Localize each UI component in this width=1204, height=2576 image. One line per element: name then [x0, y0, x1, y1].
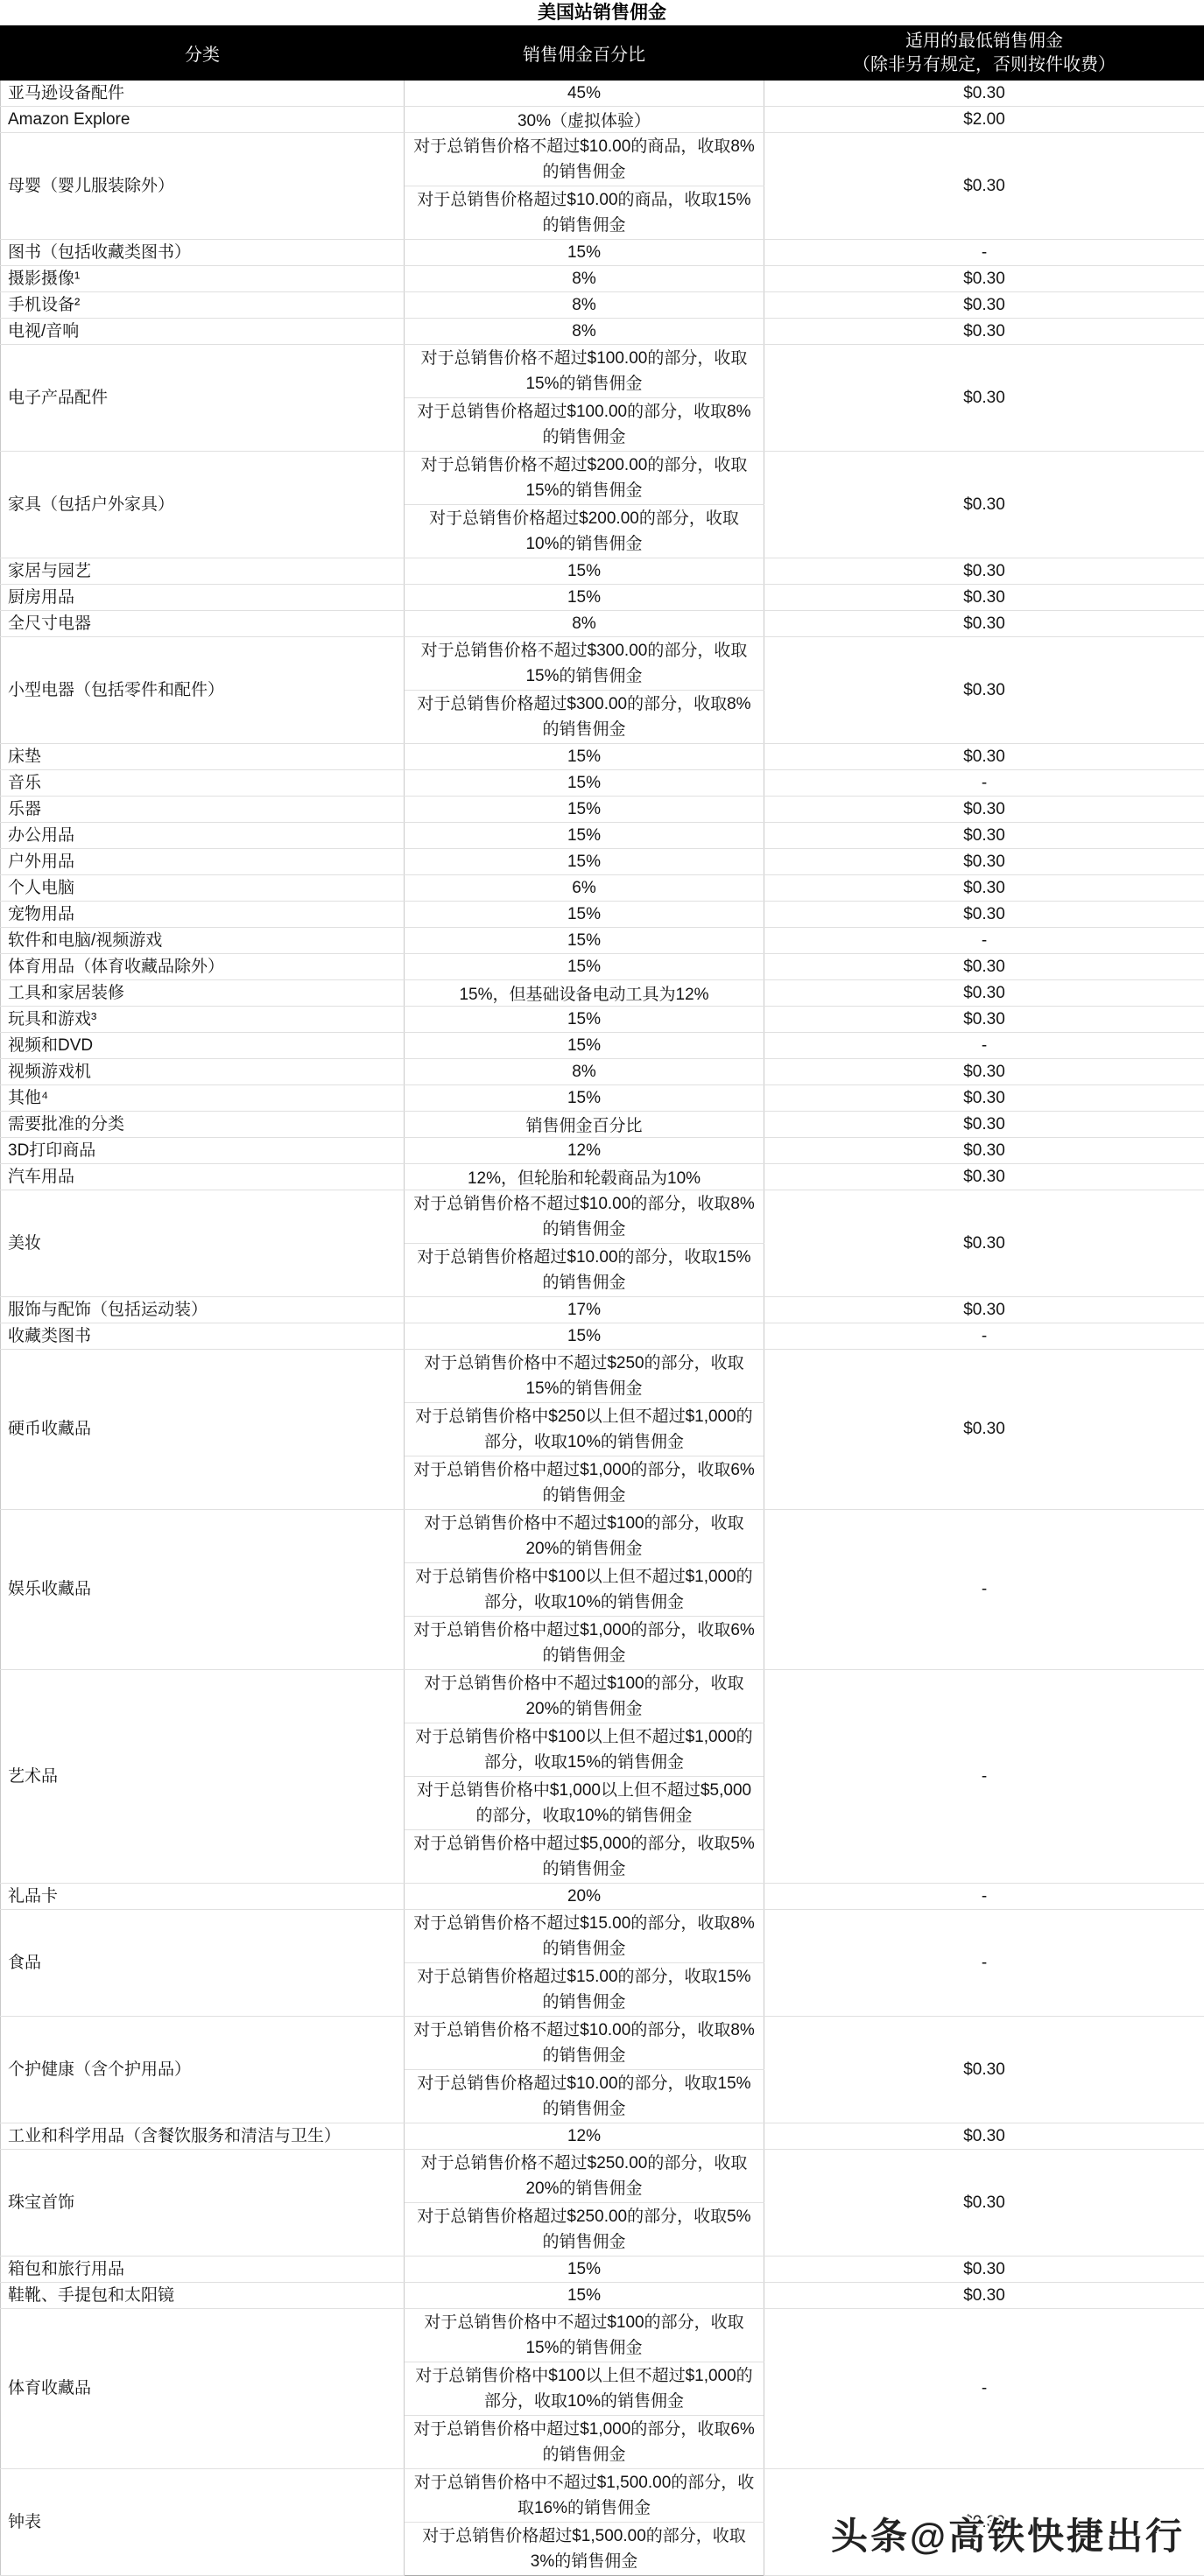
- table-row: 视频游戏机8%$0.30: [1, 1059, 1204, 1085]
- header-min-fee: 适用的最低销售佣金 （除非另有规定，否则按件收费）: [764, 26, 1204, 81]
- table-row: 摄影摄像¹8%$0.30: [1, 266, 1204, 292]
- min-fee-cell: $0.30: [764, 2257, 1204, 2283]
- table-row: 软件和电脑/视频游戏15%-: [1, 928, 1204, 954]
- table-row: 体育收藏品对于总销售价格中不超过$100的部分，收取15%的销售佣金-: [1, 2309, 1204, 2362]
- min-fee-cell: $0.30: [764, 902, 1204, 928]
- rate-tier-cell: 对于总销售价格超过$1,500.00的部分，收取3%的销售佣金: [405, 2523, 764, 2576]
- table-row: 亚马逊设备配件45%$0.30: [1, 81, 1204, 107]
- table-row: 其他⁴15%$0.30: [1, 1085, 1204, 1112]
- min-fee-cell: -: [764, 240, 1204, 266]
- min-fee-cell: $0.30: [764, 1164, 1204, 1190]
- rate-cell: 15%: [405, 744, 764, 770]
- min-fee-cell: $0.30: [764, 81, 1204, 107]
- min-fee-cell: $0.30: [764, 2150, 1204, 2257]
- min-fee-cell: $0.30: [764, 1085, 1204, 1112]
- rate-cell: 15%: [405, 2257, 764, 2283]
- category-cell: 视频游戏机: [1, 1059, 405, 1085]
- rate-cell: 12%: [405, 2123, 764, 2150]
- rate-tier-cell: 对于总销售价格不超过$100.00的部分，收取15%的销售佣金: [405, 345, 764, 398]
- rate-tier-cell: 对于总销售价格不超过$10.00的部分，收取8%的销售佣金: [405, 1190, 764, 1244]
- category-cell: 硬币收藏品: [1, 1350, 405, 1510]
- rate-tier-cell: 对于总销售价格不超过$250.00的部分，收取20%的销售佣金: [405, 2150, 764, 2203]
- min-fee-cell: $0.30: [764, 1112, 1204, 1138]
- rate-tier-cell: 对于总销售价格中$100以上但不超过$1,000的部分，收取10%的销售佣金: [405, 1563, 764, 1617]
- category-cell: 收藏类图书: [1, 1323, 405, 1350]
- rate-cell: 15%，但基础设备电动工具为12%: [405, 980, 764, 1007]
- table-row: 电子产品配件对于总销售价格不超过$100.00的部分，收取15%的销售佣金$0.…: [1, 345, 1204, 398]
- min-fee-cell: $0.30: [764, 875, 1204, 902]
- category-cell: 体育用品（体育收藏品除外）: [1, 954, 405, 980]
- min-fee-cell: $0.30: [764, 744, 1204, 770]
- table-row: 宠物用品15%$0.30: [1, 902, 1204, 928]
- rate-cell: 8%: [405, 319, 764, 345]
- category-cell: 体育收藏品: [1, 2309, 405, 2469]
- min-fee-cell: $0.30: [764, 637, 1204, 744]
- category-cell: 食品: [1, 1910, 405, 2017]
- table-header: 分类 销售佣金百分比 适用的最低销售佣金 （除非另有规定，否则按件收费）: [1, 26, 1204, 81]
- min-fee-cell: $0.30: [764, 585, 1204, 611]
- category-cell: 工具和家居装修: [1, 980, 405, 1007]
- table-row: 乐器15%$0.30: [1, 797, 1204, 823]
- table-row: 视频和DVD15%-: [1, 1033, 1204, 1059]
- rate-cell: 17%: [405, 1297, 764, 1323]
- rate-cell: 8%: [405, 1059, 764, 1085]
- rate-cell: 15%: [405, 1007, 764, 1033]
- min-fee-cell: $0.30: [764, 452, 1204, 558]
- rate-cell: 45%: [405, 81, 764, 107]
- rate-tier-cell: 对于总销售价格超过$10.00的商品，收取15%的销售佣金: [405, 186, 764, 240]
- table-row: 娱乐收藏品对于总销售价格中不超过$100的部分，收取20%的销售佣金-: [1, 1510, 1204, 1563]
- min-fee-cell: $0.30: [764, 2017, 1204, 2123]
- rate-cell: 15%: [405, 823, 764, 849]
- rate-cell: 销售佣金百分比: [405, 1112, 764, 1138]
- category-cell: 个人电脑: [1, 875, 405, 902]
- rate-tier-cell: 对于总销售价格不超过$10.00的商品，收取8%的销售佣金: [405, 133, 764, 186]
- table-row: 工业和科学用品（含餐饮服务和清洁与卫生）12%$0.30: [1, 2123, 1204, 2150]
- category-cell: 亚马逊设备配件: [1, 81, 405, 107]
- rate-tier-cell: 对于总销售价格中超过$5,000的部分，收取5%的销售佣金: [405, 1830, 764, 1884]
- table-body: 亚马逊设备配件45%$0.30Amazon Explore30%（虚拟体验）$2…: [1, 81, 1204, 2576]
- rate-cell: 8%: [405, 292, 764, 319]
- category-cell: 钟表: [1, 2469, 405, 2576]
- table-row: 家居与园艺15%$0.30: [1, 558, 1204, 585]
- rate-tier-cell: 对于总销售价格中$250以上但不超过$1,000的部分，收取10%的销售佣金: [405, 1403, 764, 1456]
- table-row: 鞋靴、手提包和太阳镜15%$0.30: [1, 2283, 1204, 2309]
- category-cell: 鞋靴、手提包和太阳镜: [1, 2283, 405, 2309]
- table-row: 床垫15%$0.30: [1, 744, 1204, 770]
- category-cell: 床垫: [1, 744, 405, 770]
- category-cell: 软件和电脑/视频游戏: [1, 928, 405, 954]
- category-cell: Amazon Explore: [1, 107, 405, 133]
- rate-cell: 6%: [405, 875, 764, 902]
- rate-tier-cell: 对于总销售价格中$100以上但不超过$1,000的部分，收取10%的销售佣金: [405, 2362, 764, 2416]
- category-cell: 箱包和旅行用品: [1, 2257, 405, 2283]
- category-cell: 小型电器（包括零件和配件）: [1, 637, 405, 744]
- category-cell: 宠物用品: [1, 902, 405, 928]
- category-cell: 户外用品: [1, 849, 405, 875]
- min-fee-cell: -: [764, 1510, 1204, 1670]
- rate-tier-cell: 对于总销售价格超过$200.00的部分，收取10%的销售佣金: [405, 505, 764, 558]
- table-row: 硬币收藏品对于总销售价格中不超过$250的部分，收取15%的销售佣金$0.30: [1, 1350, 1204, 1403]
- table-row: 玩具和游戏³15%$0.30: [1, 1007, 1204, 1033]
- min-fee-cell: $0.30: [764, 1059, 1204, 1085]
- commission-table: 分类 销售佣金百分比 适用的最低销售佣金 （除非另有规定，否则按件收费） 亚马逊…: [0, 25, 1204, 2576]
- header-min-fee-line1: 适用的最低销售佣金: [764, 30, 1204, 53]
- category-cell: 玩具和游戏³: [1, 1007, 405, 1033]
- commission-table-page: 美国站销售佣金 分类 销售佣金百分比 适用的最低销售佣金 （除非另有规定，否则按…: [0, 0, 1204, 2576]
- table-row: 需要批准的分类销售佣金百分比$0.30: [1, 1112, 1204, 1138]
- header-rate: 销售佣金百分比: [405, 26, 764, 81]
- category-cell: 视频和DVD: [1, 1033, 405, 1059]
- table-row: Amazon Explore30%（虚拟体验）$2.00: [1, 107, 1204, 133]
- rate-cell: 15%: [405, 954, 764, 980]
- rate-cell: 15%: [405, 1323, 764, 1350]
- category-cell: 3D打印商品: [1, 1138, 405, 1164]
- category-cell: 厨房用品: [1, 585, 405, 611]
- table-row: 户外用品15%$0.30: [1, 849, 1204, 875]
- table-row: 艺术品对于总销售价格中不超过$100的部分，收取20%的销售佣金-: [1, 1670, 1204, 1723]
- table-row: 办公用品15%$0.30: [1, 823, 1204, 849]
- table-row: 箱包和旅行用品15%$0.30: [1, 2257, 1204, 2283]
- category-cell: 艺术品: [1, 1670, 405, 1884]
- rate-cell: 15%: [405, 797, 764, 823]
- category-cell: 其他⁴: [1, 1085, 405, 1112]
- category-cell: 手机设备²: [1, 292, 405, 319]
- category-cell: 电子产品配件: [1, 345, 405, 452]
- table-row: 汽车用品12%，但轮胎和轮毂商品为10%$0.30: [1, 1164, 1204, 1190]
- table-row: 图书（包括收藏类图书）15%-: [1, 240, 1204, 266]
- table-row: 个人电脑6%$0.30: [1, 875, 1204, 902]
- rate-tier-cell: 对于总销售价格中不超过$100的部分，收取20%的销售佣金: [405, 1510, 764, 1563]
- table-row: 手机设备²8%$0.30: [1, 292, 1204, 319]
- table-row: 收藏类图书15%-: [1, 1323, 1204, 1350]
- min-fee-cell: $0.30: [764, 1007, 1204, 1033]
- min-fee-cell: $0.30: [764, 797, 1204, 823]
- rate-tier-cell: 对于总销售价格不超过$10.00的部分，收取8%的销售佣金: [405, 2017, 764, 2070]
- min-fee-cell: $0.30: [764, 133, 1204, 240]
- min-fee-cell: -: [764, 2309, 1204, 2469]
- rate-tier-cell: 对于总销售价格不超过$15.00的部分，收取8%的销售佣金: [405, 1910, 764, 1963]
- rate-tier-cell: 对于总销售价格中超过$1,000的部分，收取6%的销售佣金: [405, 2416, 764, 2469]
- rate-cell: 15%: [405, 585, 764, 611]
- table-row: 个护健康（含个护用品）对于总销售价格不超过$10.00的部分，收取8%的销售佣金…: [1, 2017, 1204, 2070]
- min-fee-cell: -: [764, 1884, 1204, 1910]
- rate-tier-cell: 对于总销售价格中$1,000以上但不超过$5,000的部分，收取10%的销售佣金: [405, 1777, 764, 1830]
- category-cell: 家具（包括户外家具）: [1, 452, 405, 558]
- table-row: 服饰与配饰（包括运动装）17%$0.30: [1, 1297, 1204, 1323]
- min-fee-cell: $0.30: [764, 1350, 1204, 1510]
- category-cell: 电视/音响: [1, 319, 405, 345]
- min-fee-cell: -: [764, 1910, 1204, 2017]
- rate-cell: 15%: [405, 1033, 764, 1059]
- category-cell: 家居与园艺: [1, 558, 405, 585]
- rate-cell: 8%: [405, 611, 764, 637]
- rate-cell: 15%: [405, 2283, 764, 2309]
- min-fee-cell: -: [764, 1670, 1204, 1884]
- rate-cell: 15%: [405, 770, 764, 797]
- min-fee-cell: $0.30: [764, 1190, 1204, 1297]
- rate-cell: 12%，但轮胎和轮毂商品为10%: [405, 1164, 764, 1190]
- rate-cell: 15%: [405, 928, 764, 954]
- table-row: 音乐15%-: [1, 770, 1204, 797]
- table-row: 厨房用品15%$0.30: [1, 585, 1204, 611]
- rate-tier-cell: 对于总销售价格超过$10.00的部分，收取15%的销售佣金: [405, 1244, 764, 1297]
- rate-cell: 15%: [405, 902, 764, 928]
- header-category: 分类: [1, 26, 405, 81]
- min-fee-cell: $0.30: [764, 2283, 1204, 2309]
- category-cell: 工业和科学用品（含餐饮服务和清洁与卫生）: [1, 2123, 405, 2150]
- rate-tier-cell: 对于总销售价格不超过$200.00的部分，收取15%的销售佣金: [405, 452, 764, 505]
- min-fee-cell: $0.30: [764, 823, 1204, 849]
- rate-cell: 20%: [405, 1884, 764, 1910]
- category-cell: 个护健康（含个护用品）: [1, 2017, 405, 2123]
- category-cell: 服饰与配饰（包括运动装）: [1, 1297, 405, 1323]
- table-row: 小型电器（包括零件和配件）对于总销售价格不超过$300.00的部分，收取15%的…: [1, 637, 1204, 691]
- rate-cell: 15%: [405, 1085, 764, 1112]
- category-cell: 图书（包括收藏类图书）: [1, 240, 405, 266]
- rate-tier-cell: 对于总销售价格中不超过$100的部分，收取15%的销售佣金: [405, 2309, 764, 2362]
- min-fee-cell: $0.30: [764, 266, 1204, 292]
- rate-cell: 15%: [405, 240, 764, 266]
- category-cell: 音乐: [1, 770, 405, 797]
- min-fee-cell: $0.30: [764, 1297, 1204, 1323]
- rate-tier-cell: 对于总销售价格超过$10.00的部分，收取15%的销售佣金: [405, 2070, 764, 2123]
- min-fee-cell: -: [764, 770, 1204, 797]
- table-row: 3D打印商品12%$0.30: [1, 1138, 1204, 1164]
- min-fee-cell: -: [764, 1323, 1204, 1350]
- table-row: 食品对于总销售价格不超过$15.00的部分，收取8%的销售佣金-: [1, 1910, 1204, 1963]
- table-row: 家具（包括户外家具）对于总销售价格不超过$200.00的部分，收取15%的销售佣…: [1, 452, 1204, 505]
- min-fee-cell: -: [764, 1033, 1204, 1059]
- category-cell: 需要批准的分类: [1, 1112, 405, 1138]
- min-fee-cell: $0.30: [764, 345, 1204, 452]
- rate-tier-cell: 对于总销售价格超过$100.00的部分，收取8%的销售佣金: [405, 398, 764, 452]
- min-fee-cell: $0.30: [764, 611, 1204, 637]
- category-cell: 礼品卡: [1, 1884, 405, 1910]
- table-row: 全尺寸电器8%$0.30: [1, 611, 1204, 637]
- category-cell: 摄影摄像¹: [1, 266, 405, 292]
- category-cell: 汽车用品: [1, 1164, 405, 1190]
- table-row: 钟表对于总销售价格中不超过$1,500.00的部分，收取16%的销售佣金$0.3…: [1, 2469, 1204, 2523]
- rate-tier-cell: 对于总销售价格中不超过$100的部分，收取20%的销售佣金: [405, 1670, 764, 1723]
- category-cell: 母婴（婴儿服装除外）: [1, 133, 405, 240]
- min-fee-cell: $0.30: [764, 558, 1204, 585]
- min-fee-cell: $0.30: [764, 2123, 1204, 2150]
- header-min-fee-line2: （除非另有规定，否则按件收费）: [764, 53, 1204, 77]
- min-fee-cell: -: [764, 928, 1204, 954]
- min-fee-cell: $2.00: [764, 107, 1204, 133]
- rate-tier-cell: 对于总销售价格中超过$1,000的部分，收取6%的销售佣金: [405, 1456, 764, 1510]
- rate-tier-cell: 对于总销售价格不超过$300.00的部分，收取15%的销售佣金: [405, 637, 764, 691]
- table-row: 体育用品（体育收藏品除外）15%$0.30: [1, 954, 1204, 980]
- rate-tier-cell: 对于总销售价格中超过$1,000的部分，收取6%的销售佣金: [405, 1617, 764, 1670]
- table-row: 礼品卡20%-: [1, 1884, 1204, 1910]
- min-fee-cell: $0.30: [764, 1138, 1204, 1164]
- min-fee-cell: $0.30: [764, 980, 1204, 1007]
- category-cell: 全尺寸电器: [1, 611, 405, 637]
- rate-tier-cell: 对于总销售价格中不超过$250的部分，收取15%的销售佣金: [405, 1350, 764, 1403]
- min-fee-cell: $0.30: [764, 319, 1204, 345]
- min-fee-cell: $0.30: [764, 954, 1204, 980]
- min-fee-cell: $0.30: [764, 849, 1204, 875]
- rate-cell: 30%（虚拟体验）: [405, 107, 764, 133]
- min-fee-cell: $0.30: [764, 2469, 1204, 2576]
- category-cell: 娱乐收藏品: [1, 1510, 405, 1670]
- category-cell: 珠宝首饰: [1, 2150, 405, 2257]
- rate-tier-cell: 对于总销售价格超过$15.00的部分，收取15%的销售佣金: [405, 1963, 764, 2017]
- rate-cell: 12%: [405, 1138, 764, 1164]
- rate-tier-cell: 对于总销售价格超过$300.00的部分，收取8%的销售佣金: [405, 691, 764, 744]
- min-fee-cell: $0.30: [764, 292, 1204, 319]
- category-cell: 乐器: [1, 797, 405, 823]
- rate-cell: 15%: [405, 849, 764, 875]
- table-row: 美妆对于总销售价格不超过$10.00的部分，收取8%的销售佣金$0.30: [1, 1190, 1204, 1244]
- category-cell: 办公用品: [1, 823, 405, 849]
- rate-tier-cell: 对于总销售价格中$100以上但不超过$1,000的部分，收取15%的销售佣金: [405, 1723, 764, 1777]
- rate-cell: 15%: [405, 558, 764, 585]
- category-cell: 美妆: [1, 1190, 405, 1297]
- page-title: 美国站销售佣金: [0, 0, 1204, 25]
- table-row: 珠宝首饰对于总销售价格不超过$250.00的部分，收取20%的销售佣金$0.30: [1, 2150, 1204, 2203]
- table-row: 母婴（婴儿服装除外）对于总销售价格不超过$10.00的商品，收取8%的销售佣金$…: [1, 133, 1204, 186]
- rate-cell: 8%: [405, 266, 764, 292]
- table-row: 工具和家居装修15%，但基础设备电动工具为12%$0.30: [1, 980, 1204, 1007]
- table-row: 电视/音响8%$0.30: [1, 319, 1204, 345]
- rate-tier-cell: 对于总销售价格中不超过$1,500.00的部分，收取16%的销售佣金: [405, 2469, 764, 2523]
- rate-tier-cell: 对于总销售价格超过$250.00的部分，收取5%的销售佣金: [405, 2203, 764, 2257]
